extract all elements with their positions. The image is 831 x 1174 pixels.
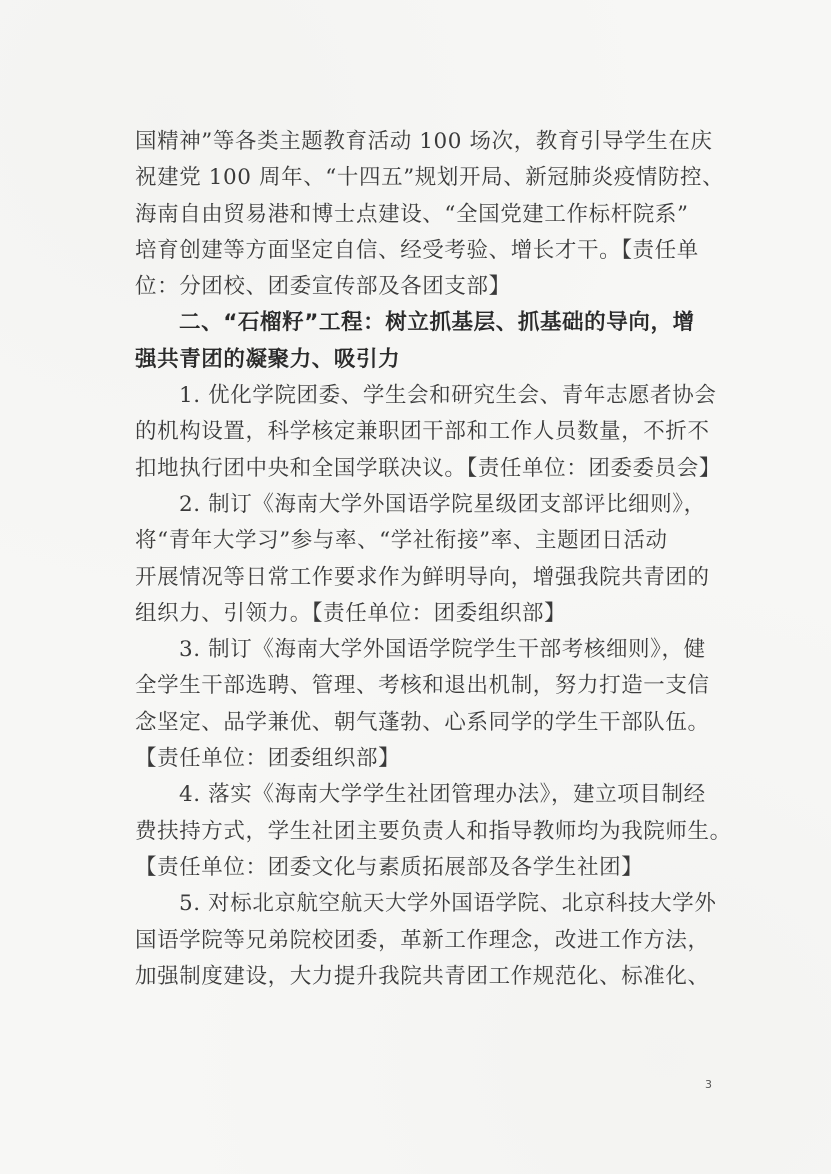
- list-item-line: 1. 优化学院团委、学生会和研究生会、青年志愿者协会: [135, 378, 725, 414]
- list-item-line: 组织力、引领力。【责任单位：团委组织部】: [135, 596, 725, 632]
- paragraph-line: 海南自由贸易港和博士点建设、“全国党建工作标杆院系”: [135, 197, 725, 233]
- paragraph-line: 位：分团校、团委宣传部及各团支部】: [135, 269, 725, 305]
- list-item-line: 全学生干部选聘、管理、考核和退出机制，努力打造一支信: [135, 668, 725, 704]
- section-heading: 二、“石榴籽”工程：树立抓基层、抓基础的导向，增: [135, 305, 725, 341]
- list-item-line: 4. 落实《海南大学学生社团管理办法》，建立项目制经: [135, 777, 725, 813]
- list-item-line: 2. 制订《海南大学外国语学院星级团支部评比细则》，: [135, 487, 725, 523]
- list-item-line: 【责任单位：团委文化与素质拓展部及各学生社团】: [135, 850, 725, 886]
- document-page: 国精神”等各类主题教育活动 100 场次，教育引导学生在庆 祝建党 100 周年…: [0, 0, 831, 1174]
- document-body: 国精神”等各类主题教育活动 100 场次，教育引导学生在庆 祝建党 100 周年…: [135, 124, 725, 995]
- paragraph-line: 培育创建等方面坚定自信、经受考验、增长才干。【责任单: [135, 233, 725, 269]
- list-item-line: 扣地执行团中央和全国学联决议。【责任单位：团委委员会】: [135, 451, 725, 487]
- section-heading: 强共青团的凝聚力、吸引力: [135, 342, 725, 378]
- list-item-line: 开展情况等日常工作要求作为鲜明导向，增强我院共青团的: [135, 560, 725, 596]
- list-item-line: 【责任单位：团委组织部】: [135, 741, 725, 777]
- paragraph-line: 国精神”等各类主题教育活动 100 场次，教育引导学生在庆: [135, 124, 725, 160]
- page-number: 3: [705, 1078, 712, 1091]
- list-item-line: 国语学院等兄弟院校团委，革新工作理念，改进工作方法，: [135, 923, 725, 959]
- list-item-line: 的机构设置，科学核定兼职团干部和工作人员数量，不折不: [135, 414, 725, 450]
- paragraph-line: 祝建党 100 周年、“十四五”规划开局、新冠肺炎疫情防控、: [135, 160, 725, 196]
- list-item-line: 3. 制订《海南大学外国语学院学生干部考核细则》，健: [135, 632, 725, 668]
- list-item-line: 5. 对标北京航空航天大学外国语学院、北京科技大学外: [135, 886, 725, 922]
- list-item-line: 加强制度建设，大力提升我院共青团工作规范化、标准化、: [135, 959, 725, 995]
- list-item-line: 费扶持方式，学生社团主要负责人和指导教师均为我院师生。: [135, 814, 725, 850]
- list-item-line: 念坚定、品学兼优、朝气蓬勃、心系同学的学生干部队伍。: [135, 705, 725, 741]
- list-item-line: 将“青年大学习”参与率、“学社衔接”率、主题团日活动: [135, 523, 725, 559]
